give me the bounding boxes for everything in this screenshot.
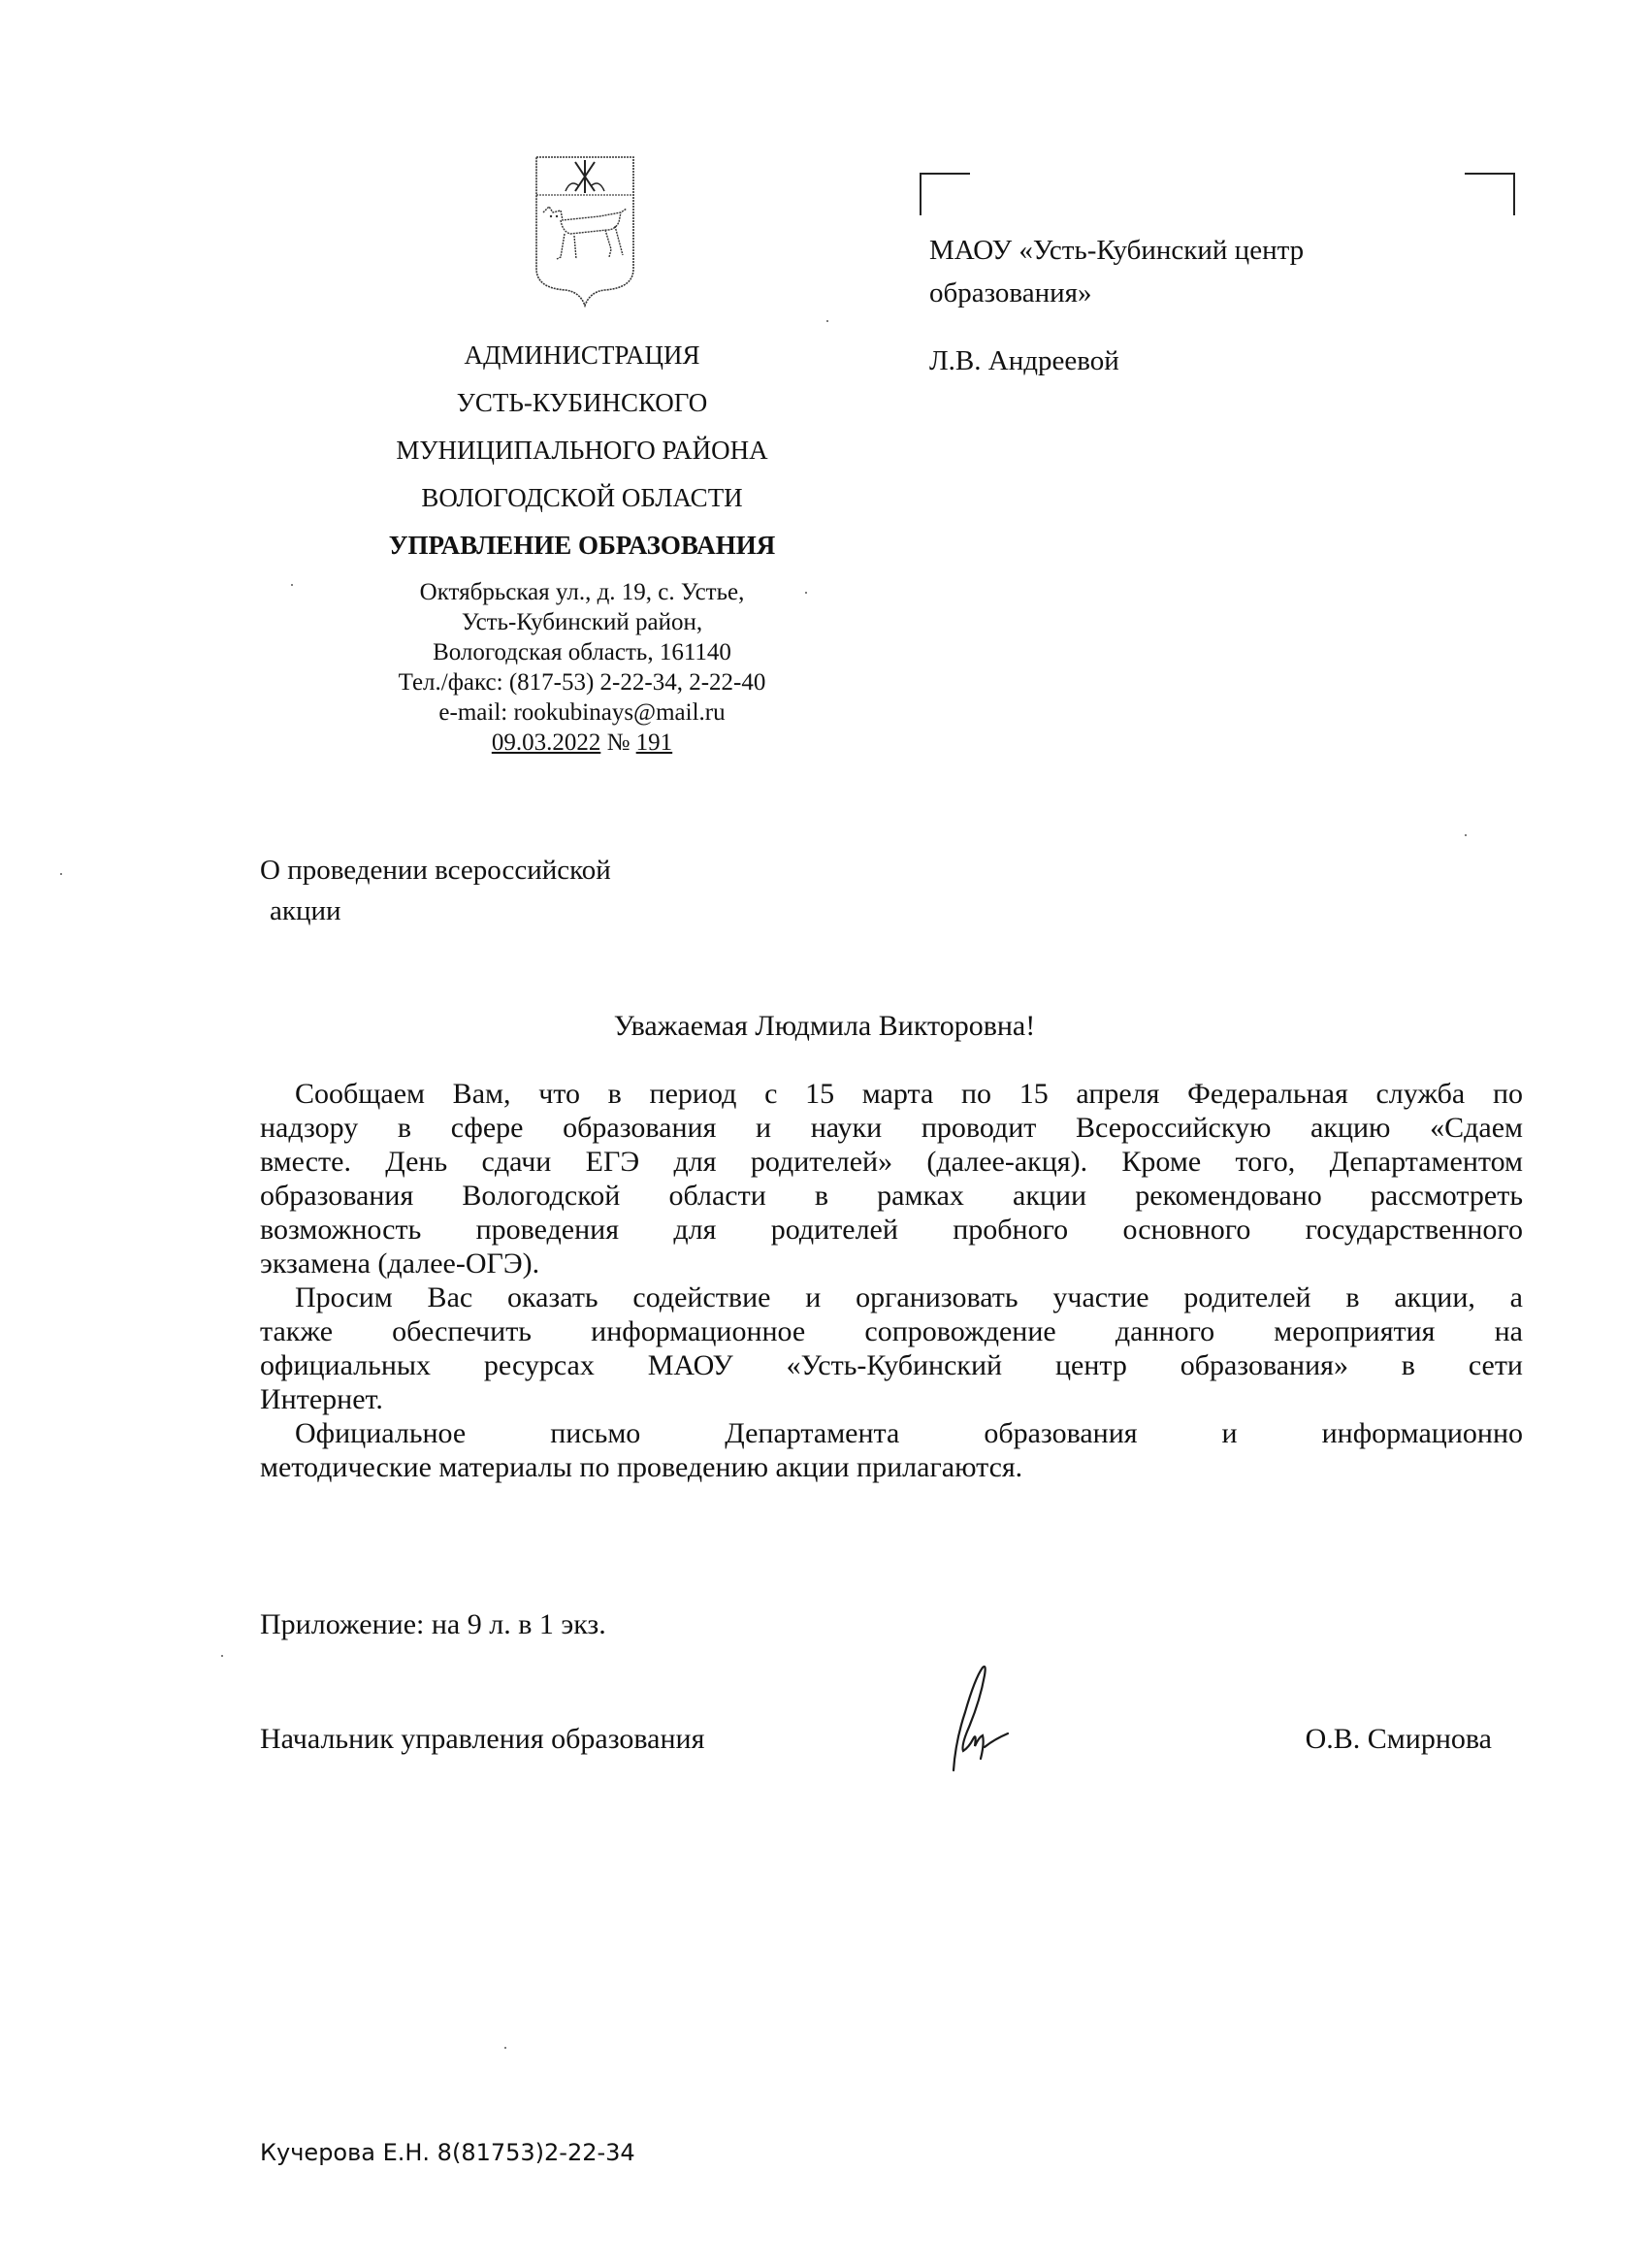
corner-bracket-top-left bbox=[920, 173, 970, 215]
body-line: официальных ресурсах МАОУ «Усть-Кубински… bbox=[260, 1348, 1523, 1382]
body-line: методические материалы по проведению акц… bbox=[260, 1450, 1523, 1484]
letter-body: Сообщаем Вам, что в период с 15 марта по… bbox=[260, 1077, 1523, 1484]
body-line: Официальное письмо Департамента образова… bbox=[260, 1416, 1523, 1450]
phone-line: Тел./факс: (817-53) 2-22-34, 2-22-40 bbox=[320, 667, 844, 697]
registration-number: 191 bbox=[636, 729, 673, 756]
number-sign: № bbox=[607, 729, 630, 756]
subject-line: О проведении всероссийской bbox=[260, 850, 726, 891]
address-line: Вологодская область, 161140 bbox=[320, 637, 844, 667]
sender-department: УПРАВЛЕНИЕ ОБРАЗОВАНИЯ bbox=[320, 522, 844, 569]
sender-org-line: УСТЬ-КУБИНСКОГО bbox=[320, 379, 844, 427]
scan-speck bbox=[504, 2047, 506, 2049]
recipient-name: Л.В. Андреевой bbox=[929, 340, 1511, 382]
registration-date: 09.03.2022 bbox=[492, 729, 601, 756]
registration-line: 09.03.2022 № 191 bbox=[320, 728, 844, 758]
handwritten-signature-icon bbox=[926, 1654, 1052, 1780]
scan-speck bbox=[221, 1655, 223, 1657]
body-line: возможность проведения для родителей про… bbox=[260, 1213, 1523, 1247]
coat-of-arms-icon bbox=[532, 152, 638, 308]
signature-row: Начальник управления образования О.В. См… bbox=[260, 1720, 1492, 1759]
signatory-name: О.В. Смирнова bbox=[1306, 1720, 1492, 1759]
paragraph-3: Официальное письмо Департамента образова… bbox=[260, 1416, 1523, 1484]
paragraph-2: Просим Вас оказать содействие и организо… bbox=[260, 1280, 1523, 1416]
sender-org-line: МУНИЦИПАЛЬНОГО РАЙОНА bbox=[320, 427, 844, 474]
body-line: надзору в сфере образования и науки пров… bbox=[260, 1111, 1523, 1145]
sender-org-line: АДМИНИСТРАЦИЯ bbox=[320, 332, 844, 379]
letter-page: АДМИНИСТРАЦИЯ УСТЬ-КУБИНСКОГО МУНИЦИПАЛЬ… bbox=[0, 0, 1649, 2268]
signatory-title: Начальник управления образования bbox=[260, 1720, 704, 1759]
scan-speck bbox=[1465, 834, 1467, 836]
body-line: экзамена (далее-ОГЭ). bbox=[260, 1247, 1523, 1280]
sender-org-line: ВОЛОГОДСКОЙ ОБЛАСТИ bbox=[320, 474, 844, 522]
recipient-org: образования» bbox=[929, 272, 1511, 314]
corner-bracket-top-right bbox=[1465, 173, 1515, 215]
body-line: образования Вологодской области в рамках… bbox=[260, 1179, 1523, 1213]
paragraph-1: Сообщаем Вам, что в период с 15 марта по… bbox=[260, 1077, 1523, 1280]
subject-line: акции bbox=[260, 891, 726, 931]
body-line: вместе. День сдачи ЕГЭ для родителей» (д… bbox=[260, 1145, 1523, 1179]
body-line: Просим Вас оказать содействие и организо… bbox=[260, 1280, 1523, 1314]
body-line: также обеспечить информационное сопровож… bbox=[260, 1314, 1523, 1348]
attachment-note: Приложение: на 9 л. в 1 экз. bbox=[260, 1605, 606, 1644]
email-line: e-mail: rookubinays@mail.ru bbox=[320, 697, 844, 728]
scan-speck bbox=[291, 584, 293, 586]
sender-address: Октябрьская ул., д. 19, с. Устье, Усть-К… bbox=[320, 577, 844, 728]
sender-block: АДМИНИСТРАЦИЯ УСТЬ-КУБИНСКОГО МУНИЦИПАЛЬ… bbox=[320, 332, 844, 758]
scan-speck bbox=[60, 873, 62, 875]
executor-contact: Кучерова Е.Н. 8(81753)2-22-34 bbox=[260, 2137, 635, 2168]
scan-speck bbox=[826, 320, 828, 322]
greeting: Уважаемая Людмила Викторовна! bbox=[0, 1007, 1649, 1046]
body-line: Сообщаем Вам, что в период с 15 марта по… bbox=[260, 1077, 1523, 1111]
address-line: Октябрьская ул., д. 19, с. Устье, bbox=[320, 577, 844, 607]
recipient-block: МАОУ «Усть-Кубинский центр образования» … bbox=[929, 229, 1511, 382]
letter-subject: О проведении всероссийской акции bbox=[260, 850, 726, 931]
recipient-frame bbox=[920, 173, 1515, 213]
body-line: Интернет. bbox=[260, 1382, 1523, 1416]
address-line: Усть-Кубинский район, bbox=[320, 607, 844, 637]
scan-speck bbox=[805, 592, 807, 594]
recipient-org: МАОУ «Усть-Кубинский центр bbox=[929, 229, 1511, 272]
